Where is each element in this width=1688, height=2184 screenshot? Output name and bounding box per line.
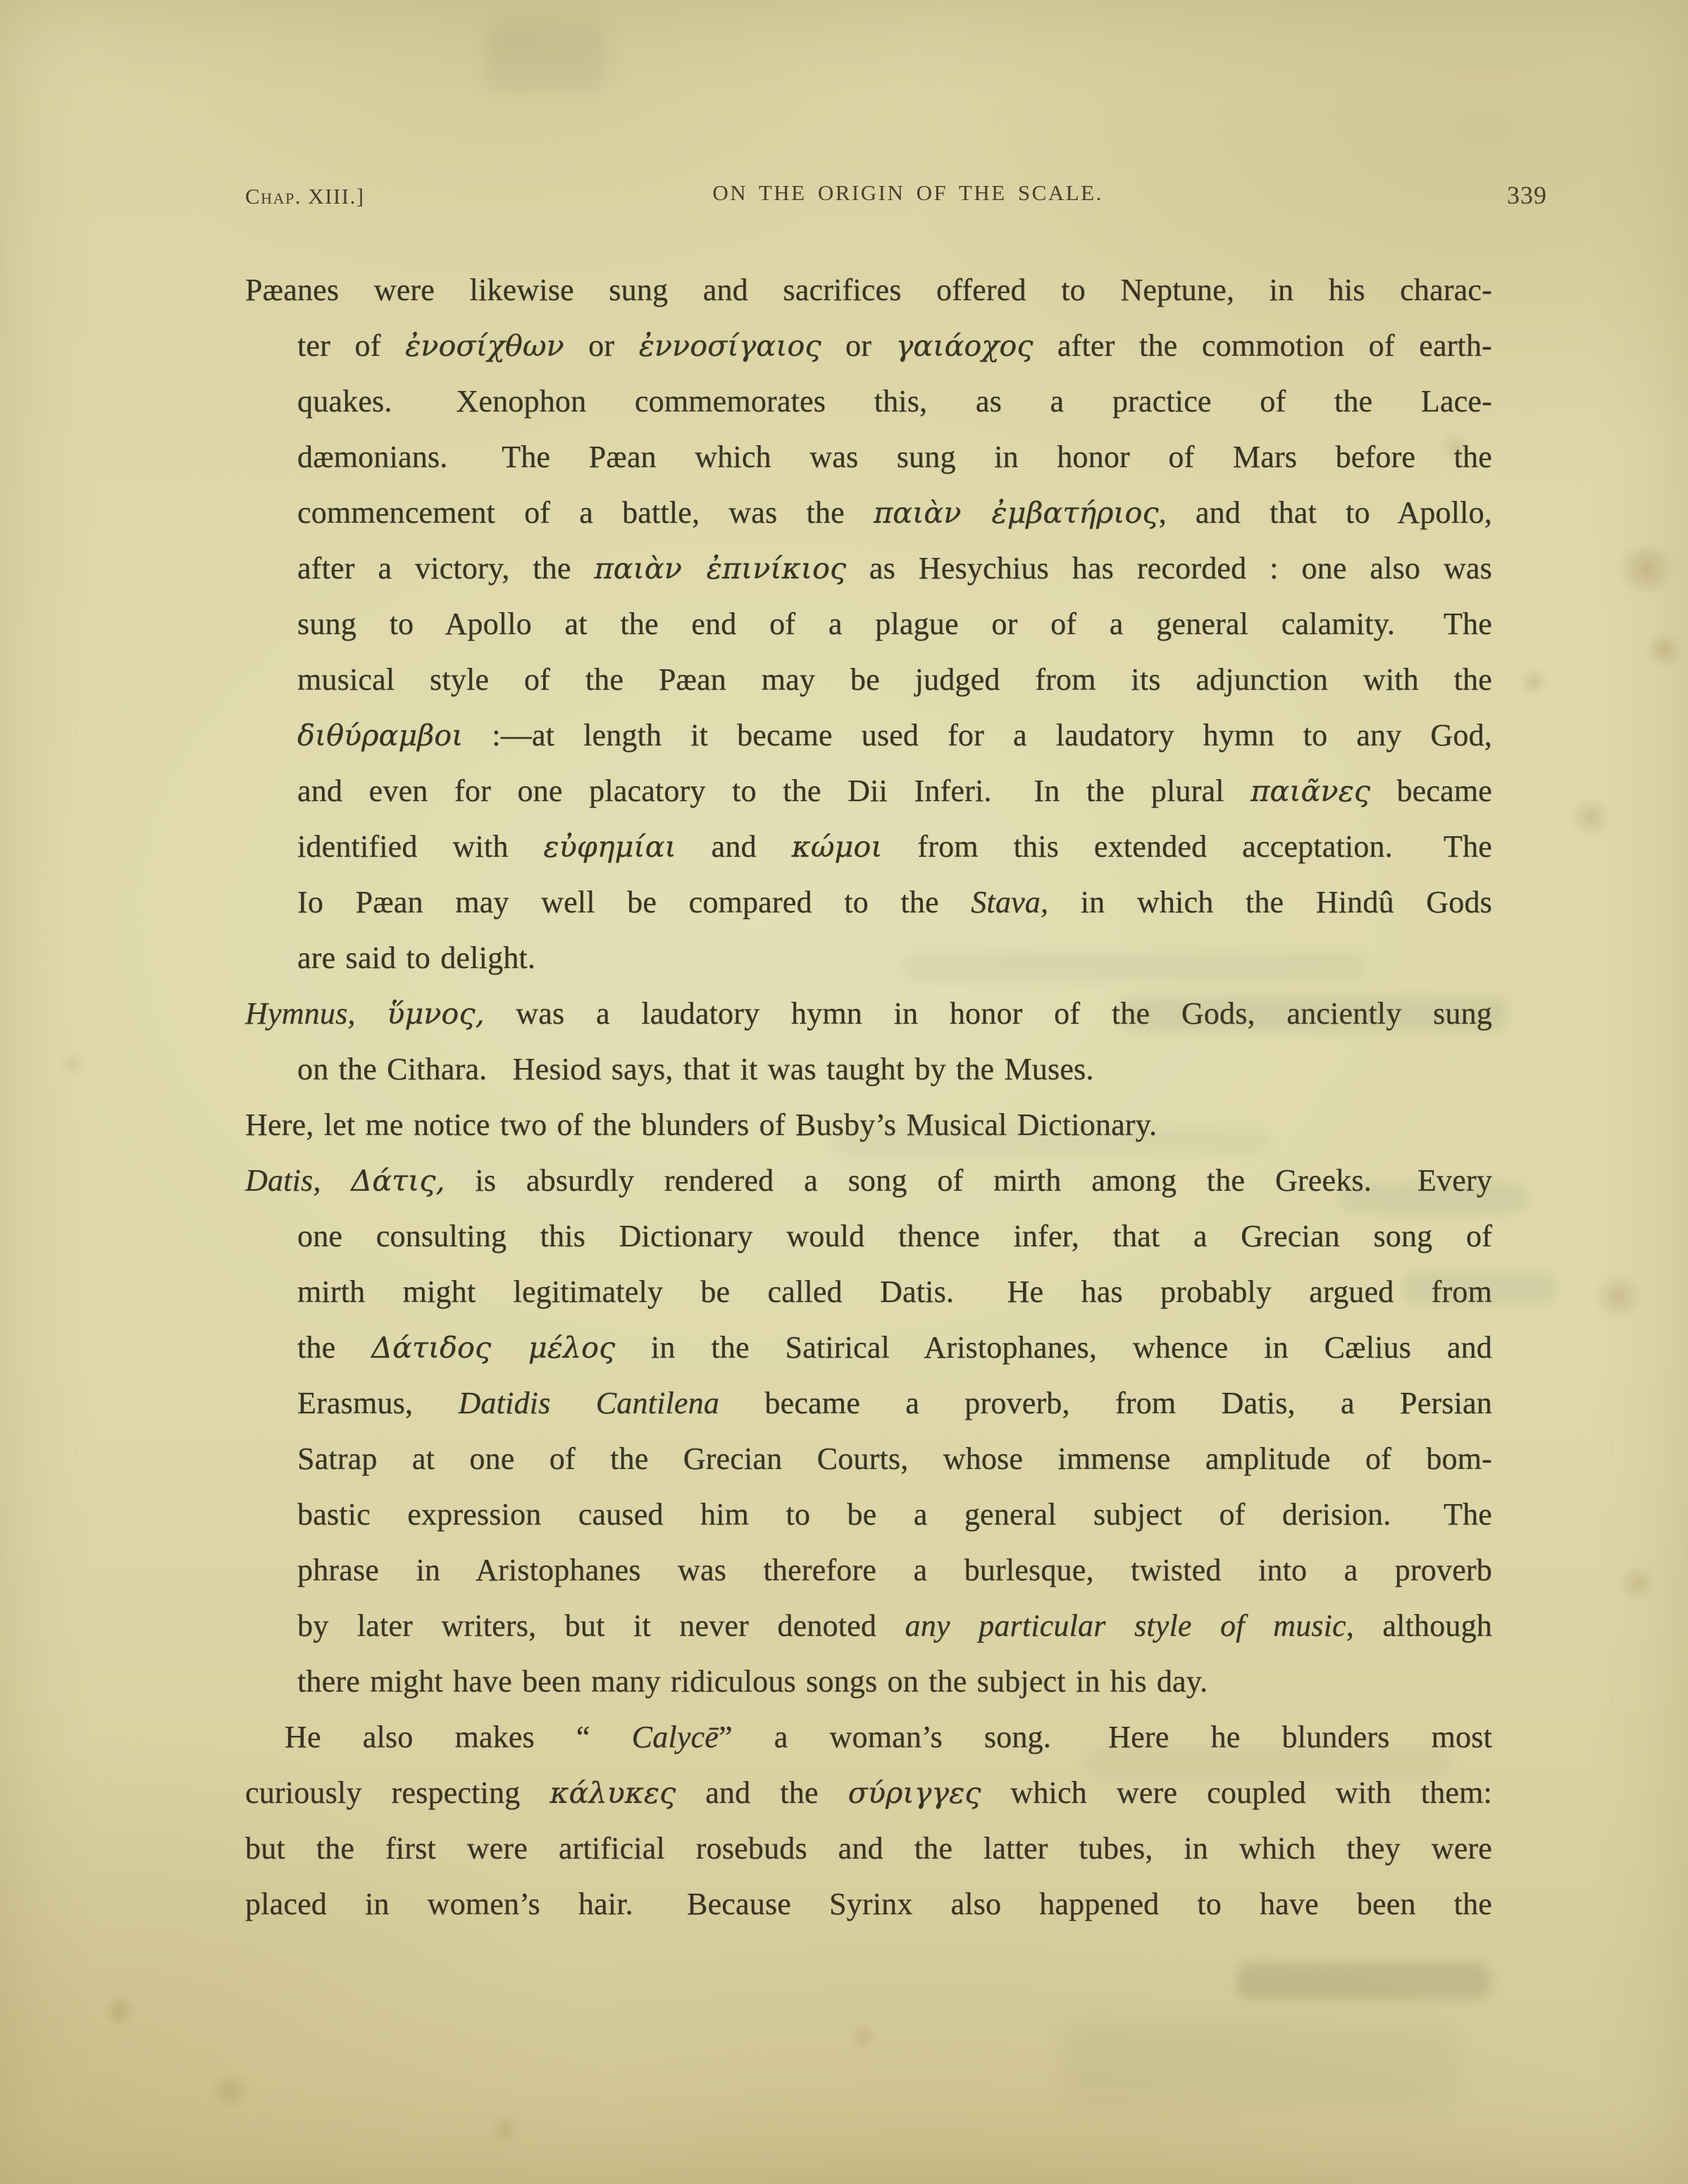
greek-term: παιὰν ἐμβατήριος xyxy=(874,496,1159,530)
text-line: sung to Apollo at the end of a plague or… xyxy=(297,596,1492,652)
text-run: but the first were artificial rosebuds a… xyxy=(245,1831,1492,1866)
text-run: sung to Apollo at the end of a plague or… xyxy=(297,607,1492,641)
text-run: the xyxy=(297,1330,371,1365)
text-run: Erasmus, xyxy=(297,1386,458,1420)
text-run: commencement of a battle, was the xyxy=(297,495,874,530)
text-line: on the Cithara. Hesiod says, that it was… xyxy=(297,1041,1492,1097)
text-run: ter of xyxy=(297,328,405,363)
text-line: the Δάτιδος μέλος in the Satirical Arist… xyxy=(297,1320,1492,1375)
text-line: are said to delight. xyxy=(297,930,1492,986)
text-run: identified with xyxy=(297,829,543,864)
greek-term: Δάτιδος μέλος xyxy=(371,1331,615,1365)
text-line: He also makes “ Calycē” a woman’s song. … xyxy=(285,1709,1492,1765)
text-run: , and that to Apollo, xyxy=(1159,495,1492,530)
greek-term: διθύραμβοι xyxy=(297,719,463,752)
foxing-spot xyxy=(60,1053,85,1074)
text-line: dæmonians. The Pæan which was sung in ho… xyxy=(297,429,1492,485)
bleedthrough-ghost xyxy=(486,21,606,92)
page-header: Chap. XIII.] ON THE ORIGIN OF THE SCALE.… xyxy=(245,180,1547,210)
text-line: ter of ἐνοσίχθων or ἐννοσίγαιος or γαιάο… xyxy=(297,318,1492,373)
foxing-spot xyxy=(1592,1275,1645,1317)
foxing-spot xyxy=(1568,800,1613,835)
foxing-spot xyxy=(1617,1568,1659,1599)
text-run: and xyxy=(676,829,792,864)
text-line: by later writers, but it never denoted a… xyxy=(297,1598,1492,1653)
text-line: placed in women’s hair. Because Syrinx a… xyxy=(245,1876,1492,1932)
greek-term: κάλυκες xyxy=(550,1776,676,1810)
text-run: from this extended acceptation. The xyxy=(883,829,1492,864)
text-run: one consulting this Dictionary would the… xyxy=(297,1219,1492,1253)
text-run: as Hesychius has recorded : one also was xyxy=(846,551,1492,585)
text-run: Here, let me notice two of the blunders … xyxy=(245,1107,1157,1142)
italic-term: Stava, xyxy=(971,885,1048,919)
greek-term: Δάτις, xyxy=(351,1164,445,1198)
greek-term: παιὰν ἐπινίκιος xyxy=(594,552,846,585)
text-line: bastic expression caused him to be a gen… xyxy=(297,1487,1492,1542)
text-line: Here, let me notice two of the blunders … xyxy=(245,1097,1492,1153)
text-line: quakes. Xenophon commemorates this, as a… xyxy=(297,373,1492,429)
text-line: but the first were artificial rosebuds a… xyxy=(245,1820,1492,1876)
text-line: curiously respecting κάλυκες and the σύρ… xyxy=(245,1765,1492,1820)
text-line: mirth might legitimately be called Datis… xyxy=(297,1264,1492,1320)
text-line: Datis, Δάτις, is absurdly rendered a son… xyxy=(245,1153,1492,1208)
text-run: and the xyxy=(676,1775,848,1810)
foxing-spot xyxy=(1645,634,1684,666)
text-line: Hymnus, ὕμνος, was a laudatory hymn in h… xyxy=(245,986,1492,1041)
greek-term: εὐφημίαι xyxy=(543,830,676,864)
text-run: curiously respecting xyxy=(245,1775,550,1810)
page-number: 339 xyxy=(1507,180,1547,210)
text-run xyxy=(356,996,387,1031)
text-run: or xyxy=(821,328,895,363)
italic-term: Calycē xyxy=(632,1720,719,1754)
text-run: musical style of the Pæan may be judged … xyxy=(297,662,1492,697)
text-line: phrase in Aristophanes was therefore a b… xyxy=(297,1542,1492,1598)
text-line: commencement of a battle, was the παιὰν … xyxy=(297,485,1492,540)
greek-term: γαιάοχος xyxy=(896,329,1034,363)
text-line: one consulting this Dictionary would the… xyxy=(297,1208,1492,1264)
greek-term: ὕμνος, xyxy=(387,997,484,1031)
greek-term: κώμοι xyxy=(792,830,883,864)
running-title: ON THE ORIGIN OF THE SCALE. xyxy=(712,180,1103,206)
foxing-spot xyxy=(208,2075,254,2107)
text-run xyxy=(321,1163,352,1198)
text-line: and even for one placatory to the Dii In… xyxy=(297,763,1492,819)
greek-term: ἐννοσίγαιος xyxy=(639,329,821,363)
text-run: or xyxy=(564,328,639,363)
foxing-spot xyxy=(1518,669,1550,694)
text-run: quakes. Xenophon commemorates this, as a… xyxy=(297,384,1492,418)
text-run: , although xyxy=(1346,1608,1492,1643)
text-run: after the commotion of earth- xyxy=(1033,328,1492,363)
greek-term: παιᾶνες xyxy=(1251,774,1370,808)
text-run: on the Cithara. Hesiod says, that it was… xyxy=(297,1052,1094,1086)
text-line: Pæanes were likewise sung and sacrifices… xyxy=(245,262,1492,318)
text-run: are said to delight. xyxy=(297,941,535,975)
italic-term: Datidis Cantilena xyxy=(458,1386,719,1420)
bleedthrough-ghost xyxy=(1236,1963,1490,1999)
text-run: dæmonians. The Pæan which was sung in ho… xyxy=(297,440,1492,474)
text-run: is absurdly rendered a song of mirth amo… xyxy=(445,1163,1492,1198)
text-run: was a laudatory hymn in honor of the God… xyxy=(485,996,1492,1031)
text-line: διθύραμβοι :—at length it became used fo… xyxy=(297,707,1492,763)
text-run: which were coupled with them: xyxy=(981,1775,1492,1810)
book-page: Chap. XIII.] ON THE ORIGIN OF THE SCALE.… xyxy=(0,0,1688,2184)
greek-term: σύριγγες xyxy=(848,1776,981,1810)
foxing-spot xyxy=(490,2117,521,2142)
text-line: Io Pæan may well be compared to the Stav… xyxy=(297,874,1492,930)
text-run: after a victory, the xyxy=(297,551,594,585)
italic-term: any particular style of music xyxy=(905,1608,1346,1643)
foxing-spot xyxy=(1613,546,1680,592)
text-run: there might have been many ridiculous so… xyxy=(297,1664,1208,1699)
text-run: bastic expression caused him to be a gen… xyxy=(297,1497,1492,1532)
text-run: mirth might legitimately be called Datis… xyxy=(297,1274,1492,1309)
foxing-spot xyxy=(102,1997,137,2025)
text-run: became xyxy=(1370,774,1492,808)
text-run: Io Pæan may well be compared to the xyxy=(297,885,971,919)
greek-term: ἐνοσίχθων xyxy=(405,329,564,363)
text-run: placed in women’s hair. Because Syrinx a… xyxy=(245,1887,1492,1921)
text-line: there might have been many ridiculous so… xyxy=(297,1653,1492,1709)
text-run: :—at length it became used for a laudato… xyxy=(463,718,1492,752)
text-run: ” a woman’s song. Here he blunders most xyxy=(719,1720,1492,1754)
text-run: Pæanes were likewise sung and sacrifices… xyxy=(245,273,1492,307)
text-run: Satrap at one of the Grecian Courts, who… xyxy=(297,1441,1492,1476)
text-line: after a victory, the παιὰν ἐπινίκιος as … xyxy=(297,540,1492,596)
text-line: Satrap at one of the Grecian Courts, who… xyxy=(297,1431,1492,1487)
text-run: by later writers, but it never denoted xyxy=(297,1608,905,1643)
text-line: Erasmus, Datidis Cantilena became a prov… xyxy=(297,1375,1492,1431)
text-run: phrase in Aristophanes was therefore a b… xyxy=(297,1553,1492,1587)
text-run: became a proverb, from Datis, a Persian xyxy=(719,1386,1492,1420)
text-run: He also makes “ xyxy=(285,1720,632,1754)
bleedthrough-ghost xyxy=(1064,2021,1458,2105)
foxing-spot xyxy=(849,2025,877,2048)
text-run: and even for one placatory to the Dii In… xyxy=(297,774,1251,808)
italic-term: Hymnus, xyxy=(245,996,356,1031)
text-run: in the Satirical Aristophanes, whence in… xyxy=(615,1330,1492,1365)
text-block: Pæanes were likewise sung and sacrifices… xyxy=(245,262,1492,1932)
text-line: musical style of the Pæan may be judged … xyxy=(297,652,1492,707)
text-line: identified with εὐφημίαι and κώμοι from … xyxy=(297,819,1492,874)
text-run: in which the Hindû Gods xyxy=(1048,885,1492,919)
chapter-label: Chap. XIII.] xyxy=(245,184,365,209)
italic-term: Datis, xyxy=(245,1163,321,1198)
